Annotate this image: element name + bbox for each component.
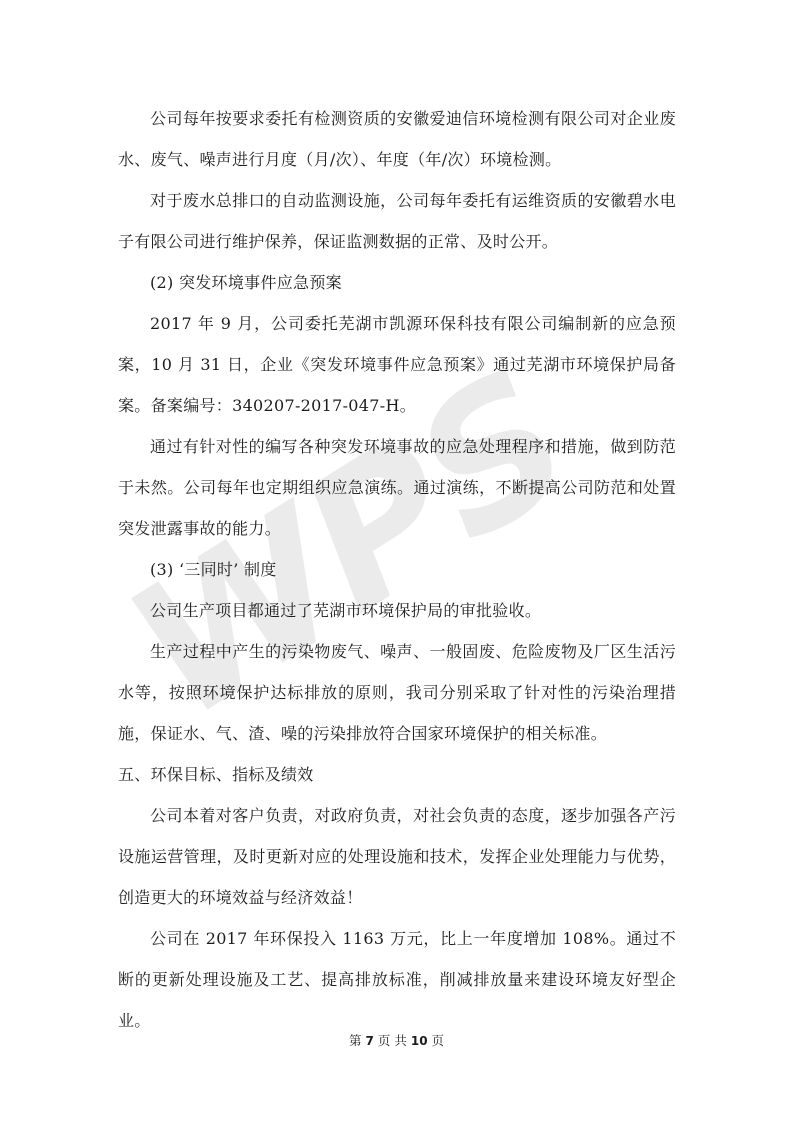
footer-label-suffix: 页 [432,1033,445,1048]
footer-page-number: 7 [365,1034,373,1048]
paragraph-environmental-investment: 公司在 2017 年环保投入 1163 万元，比上一年度增加 108%。通过不断… [118,918,676,1041]
document-body: 公司每年按要求委托有检测资质的安徽爱迪信环境检测有限公司对企业废水、废气、噪声进… [118,98,676,1041]
paragraph-emergency-plan-filing: 2017 年 9 月，公司委托芜湖市凯源环保科技有限公司编制新的应急预案，10 … [118,303,676,426]
footer-label-prefix: 第 [349,1033,362,1048]
paragraph-responsibility-attitude: 公司本着对客户负责，对政府负责，对社会负责的态度，逐步加强各产污设施运营管理，及… [118,795,676,918]
paragraph-auto-monitoring-maintenance: 对于废水总排口的自动监测设施，公司每年委托有运维资质的安徽碧水电子有限公司进行维… [118,180,676,262]
footer-label-page: 页 [378,1033,391,1048]
section-heading-environmental-targets: 五、环保目标、指标及绩效 [118,754,676,795]
footer-label-of: 共 [394,1033,407,1048]
paragraph-approval-acceptance: 公司生产项目都通过了芜湖市环境保护局的审批验收。 [118,590,676,631]
paragraph-pollution-control-measures: 生产过程中产生的污染物废气、噪声、一般固废、危险废物及厂区生活污水等，按照环境保… [118,631,676,754]
section-heading-three-simultaneous: (3) ‘三同时’ 制度 [118,549,676,590]
section-heading-emergency-plan: (2) 突发环境事件应急预案 [118,262,676,303]
footer-total-pages: 10 [411,1034,428,1048]
paragraph-emergency-drill: 通过有针对性的编写各种突发环境事故的应急处理程序和措施，做到防范于未然。公司每年… [118,426,676,549]
paragraph-monitoring-commission: 公司每年按要求委托有检测资质的安徽爱迪信环境检测有限公司对企业废水、废气、噪声进… [118,98,676,180]
document-page: WPS 公司每年按要求委托有检测资质的安徽爱迪信环境检测有限公司对企业废水、废气… [0,0,793,1122]
page-footer: 第7页共10页 [0,1031,793,1051]
